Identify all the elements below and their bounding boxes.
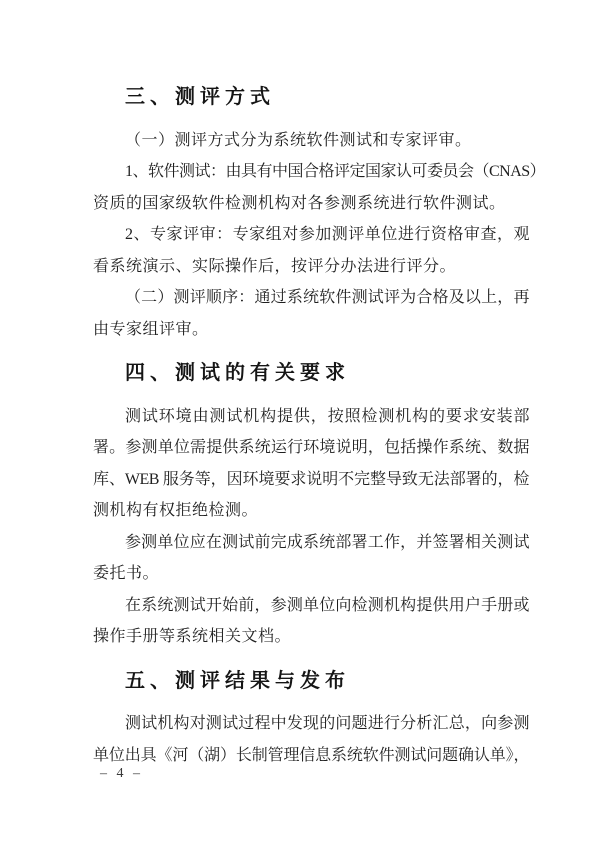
body-text-line: 资质的国家级软件检测机构对各参测系统进行软件测试。: [93, 188, 529, 220]
page-content: 三、测评方式 （一）测评方式分为系统软件测试和专家评审。 1、软件测试：由具有中…: [93, 82, 529, 771]
body-text-line: 测试环境由测试机构提供，按照检测机构的要求安装部: [93, 401, 529, 433]
body-text-line: 署。参测单位需提供系统运行环境说明，包括操作系统、数据: [93, 432, 529, 464]
body-text-line: 测机构有权拒绝检测。: [93, 495, 529, 527]
body-text-line: 参测单位应在测试前完成系统部署工作，并签署相关测试: [93, 527, 529, 559]
section-heading-5: 五、测评结果与发布: [93, 666, 529, 698]
body-text-line: 在系统测试开始前，参测单位向检测机构提供用户手册或: [93, 590, 529, 622]
document-page: 三、测评方式 （一）测评方式分为系统软件测试和专家评审。 1、软件测试：由具有中…: [0, 0, 600, 848]
body-text-line: （二）测评顺序：通过系统软件测试评为合格及以上，再: [93, 282, 529, 314]
body-text-line: （一）测评方式分为系统软件测试和专家评审。: [93, 125, 529, 157]
body-text-line: 2、专家评审：专家组对参加测评单位进行资格审查，观: [93, 219, 529, 251]
body-text-line: 单位出具《河（湖）长制管理信息系统软件测试问题确认单》，: [93, 740, 529, 772]
section-heading-4: 四、测试的有关要求: [93, 358, 529, 390]
body-text-line: 看系统演示、实际操作后，按评分办法进行评分。: [93, 251, 529, 283]
body-text-line: 由专家组评审。: [93, 314, 529, 346]
body-text-line: 委托书。: [93, 558, 529, 590]
body-text-line: 库、WEB 服务等，因环境要求说明不完整导致无法部署的，检: [93, 464, 529, 496]
page-number: – 4 –: [100, 766, 143, 782]
body-text-line: 操作手册等系统相关文档。: [93, 621, 529, 653]
body-text-line: 1、软件测试：由具有中国合格评定国家认可委员会（CNAS）: [93, 156, 529, 188]
section-heading-3: 三、测评方式: [93, 82, 529, 114]
body-text-line: 测试机构对测试过程中发现的问题进行分析汇总，向参测: [93, 708, 529, 740]
